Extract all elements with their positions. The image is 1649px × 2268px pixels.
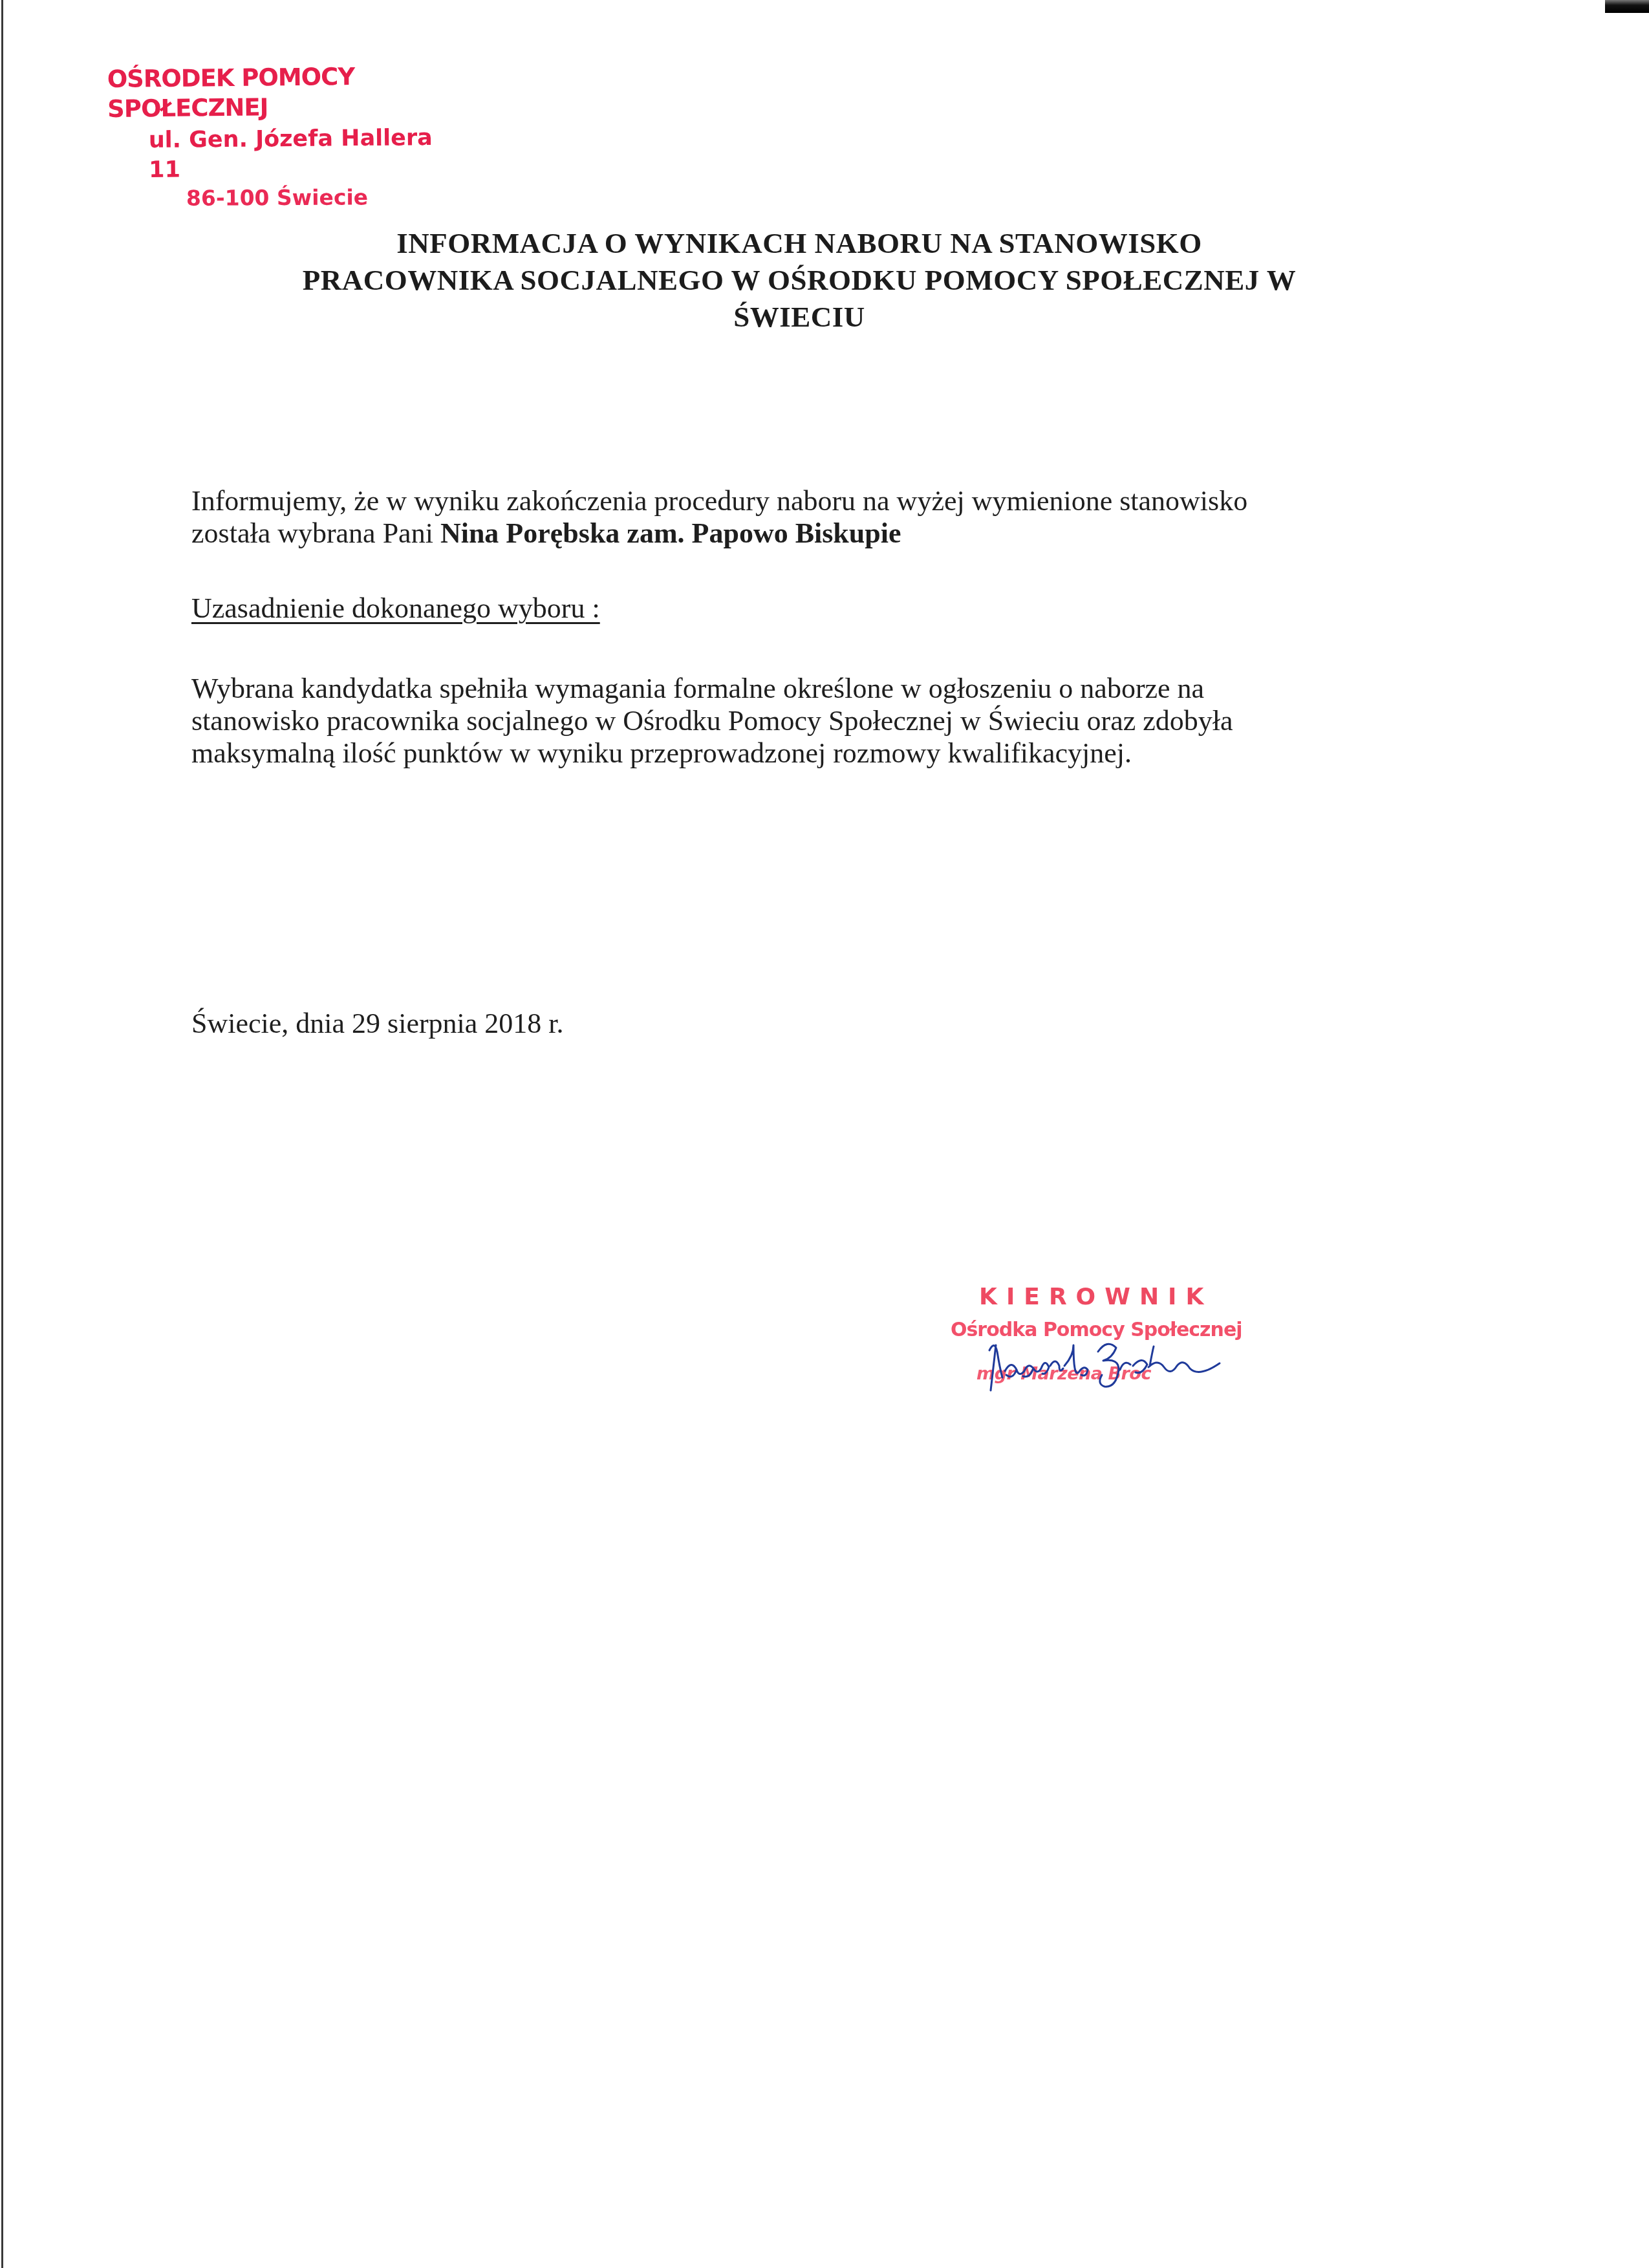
justification-paragraph: Wybrana kandydatka spełniła wymagania fo… xyxy=(191,673,1420,770)
handwritten-signature-icon xyxy=(983,1332,1229,1397)
announcement-line-2-prefix: została wybrana Pani xyxy=(191,517,440,549)
justification-line-1: Wybrana kandydatka spełniła wymagania fo… xyxy=(191,673,1420,705)
justification-heading: Uzasadnienie dokonanego wyboru : xyxy=(191,592,1420,625)
scan-edge-line xyxy=(1,0,3,2268)
scan-corner-mark xyxy=(1605,0,1649,13)
document-title: INFORMACJA O WYNIKACH NABORU NA STANOWIS… xyxy=(191,225,1407,336)
justification-line-3: maksymalną ilość punktów w wyniku przepr… xyxy=(191,737,1420,770)
stamp-director-title: KIEROWNIK xyxy=(979,1284,1212,1310)
justification-line-2: stanowisko pracownika socjalnego w Ośrod… xyxy=(191,705,1420,737)
announcement-line-1: Informujemy, że w wyniku zakończenia pro… xyxy=(191,485,1420,517)
stamp-street-address: ul. Gen. Józefa Hallera 11 xyxy=(123,123,466,186)
stamp-postal-city: 86-100 Świecie xyxy=(103,183,466,213)
announcement-line-2: została wybrana Pani Nina Porębska zam. … xyxy=(191,517,1420,550)
place-date: Świecie, dnia 29 sierpnia 2018 r. xyxy=(191,1008,1420,1040)
title-line-2: PRACOWNIKA SOCJALNEGO W OŚRODKU POMOCY S… xyxy=(191,262,1407,299)
justification-heading-text: Uzasadnienie dokonanego wyboru : xyxy=(191,592,600,624)
selected-candidate: Nina Porębska zam. Papowo Biskupie xyxy=(440,517,901,549)
institution-stamp: OŚRODEK POMOCY SPOŁECZNEJ ul. Gen. Józef… xyxy=(103,65,466,212)
stamp-institution-name: OŚRODEK POMOCY SPOŁECZNEJ xyxy=(103,61,466,124)
announcement-paragraph: Informujemy, że w wyniku zakończenia pro… xyxy=(191,485,1420,550)
title-line-1: INFORMACJA O WYNIKACH NABORU NA STANOWIS… xyxy=(191,225,1407,262)
title-line-3: ŚWIECIU xyxy=(191,299,1407,336)
